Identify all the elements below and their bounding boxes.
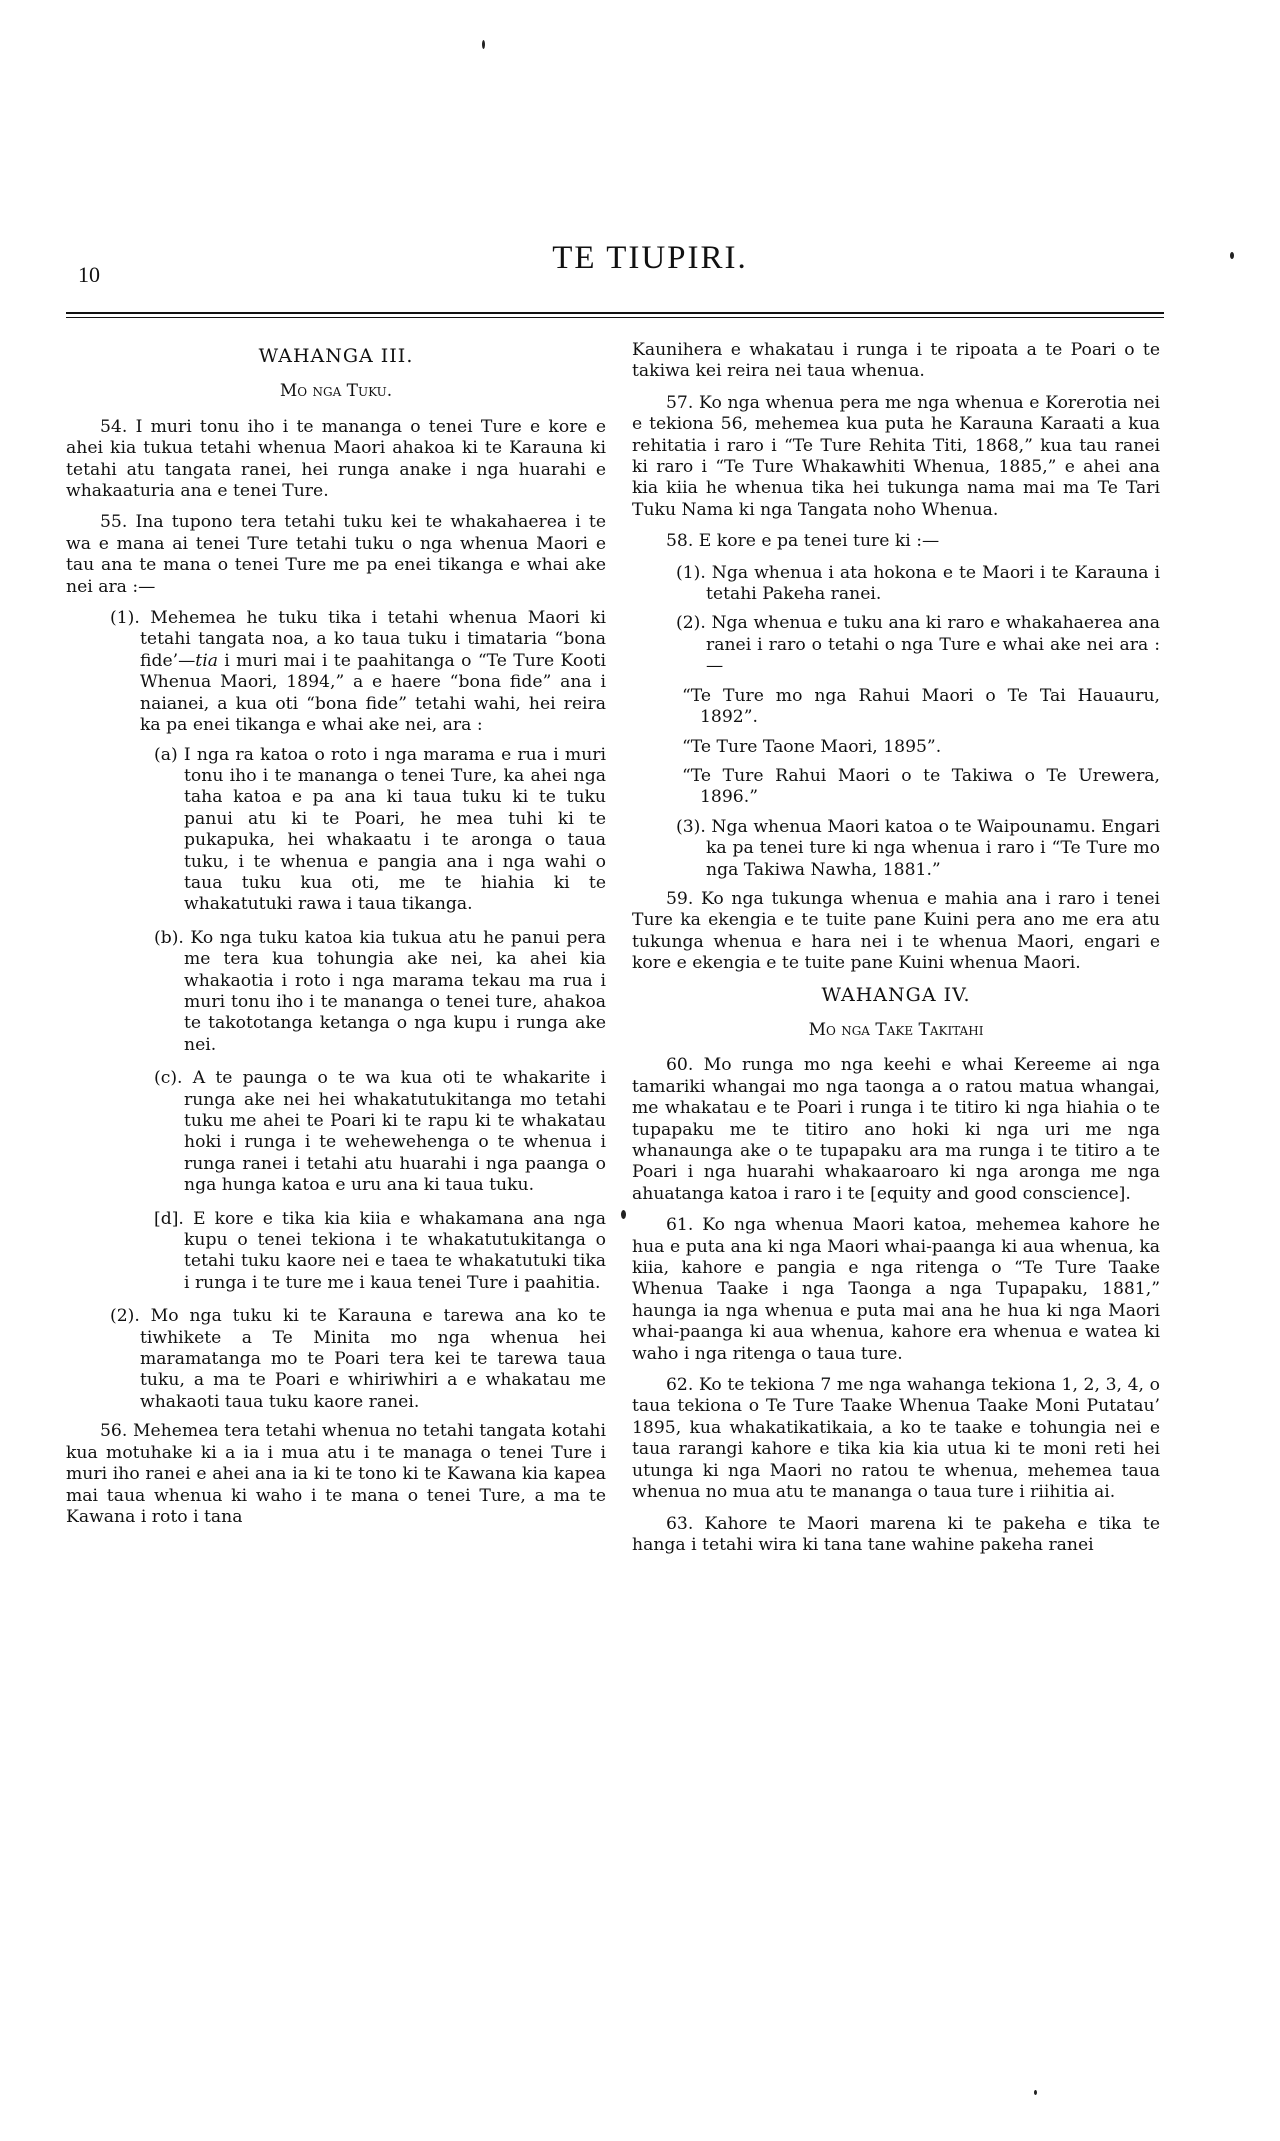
part-subheading-iii: Mo nga Tuku.	[66, 381, 606, 402]
part-heading-iii: WAHANGA III.	[66, 346, 606, 367]
act-citation: “Te Ture Taone Maori, 1895”.	[632, 737, 1160, 758]
header-double-rule	[66, 312, 1164, 318]
scan-speck	[482, 40, 485, 49]
section-63: 63. Kahore te Maori marena ki te pakeha …	[632, 1514, 1160, 1557]
part-heading-iv: WAHANGA IV.	[632, 985, 1160, 1006]
section-58-3: (3). Nga whenua Maori katoa o te Waipoun…	[632, 817, 1160, 881]
section-54: 54. I muri tonu iho i te mananga o tenei…	[66, 417, 606, 503]
section-58-2: (2). Nga whenua e tuku ana ki raro e wha…	[632, 613, 1160, 677]
section-55-1-italic: tia	[195, 651, 218, 671]
section-62: 62. Ko te tekiona 7 me nga wahanga tekio…	[632, 1375, 1160, 1503]
section-58: 58. E kore e pa tenei ture ki :—	[632, 531, 1160, 552]
running-title: TE TIUPIRI.	[0, 240, 1280, 277]
scan-speck	[621, 1210, 626, 1219]
section-55-b: (b). Ko nga tuku katoa kia tukua atu he …	[66, 928, 606, 1056]
right-column: Kaunihera e whakatau i runga i te ripoat…	[632, 340, 1160, 1566]
section-55-2: (2). Mo nga tuku ki te Karauna e tarewa …	[66, 1306, 606, 1413]
section-58-1: (1). Nga whenua i ata hokona e te Maori …	[632, 563, 1160, 606]
section-61: 61. Ko nga whenua Maori katoa, mehemea k…	[632, 1215, 1160, 1365]
left-column: WAHANGA III. Mo nga Tuku. 54. I muri ton…	[66, 340, 606, 1538]
section-56-continued: Kaunihera e whakatau i runga i te ripoat…	[632, 340, 1160, 383]
section-55-a: (a) I nga ra katoa o roto i nga marama e…	[66, 745, 606, 916]
act-citation: “Te Ture mo nga Rahui Maori o Te Tai Hau…	[632, 686, 1160, 729]
section-56: 56. Mehemea tera tetahi whenua no tetahi…	[66, 1421, 606, 1528]
section-55: 55. Ina tupono tera tetahi tuku kei te w…	[66, 512, 606, 598]
scan-speck	[1230, 252, 1234, 259]
scan-speck	[1034, 2090, 1037, 2095]
act-citation: “Te Ture Rahui Maori o te Takiwa o Te Ur…	[632, 766, 1160, 809]
part-subheading-iv: Mo nga Take Takitahi	[632, 1020, 1160, 1041]
section-59: 59. Ko nga tukunga whenua e mahia ana i …	[632, 889, 1160, 975]
section-55-d: [d]. E kore e tika kia kiia e whakamana …	[66, 1209, 606, 1295]
section-60: 60. Mo runga mo nga keehi e whai Kereeme…	[632, 1055, 1160, 1205]
section-55-1: (1). Mehemea he tuku tika i tetahi whenu…	[66, 608, 606, 736]
section-55-c: (c). A te paunga o te wa kua oti te whak…	[66, 1068, 606, 1196]
section-57: 57. Ko nga whenua pera me nga whenua e K…	[632, 393, 1160, 521]
